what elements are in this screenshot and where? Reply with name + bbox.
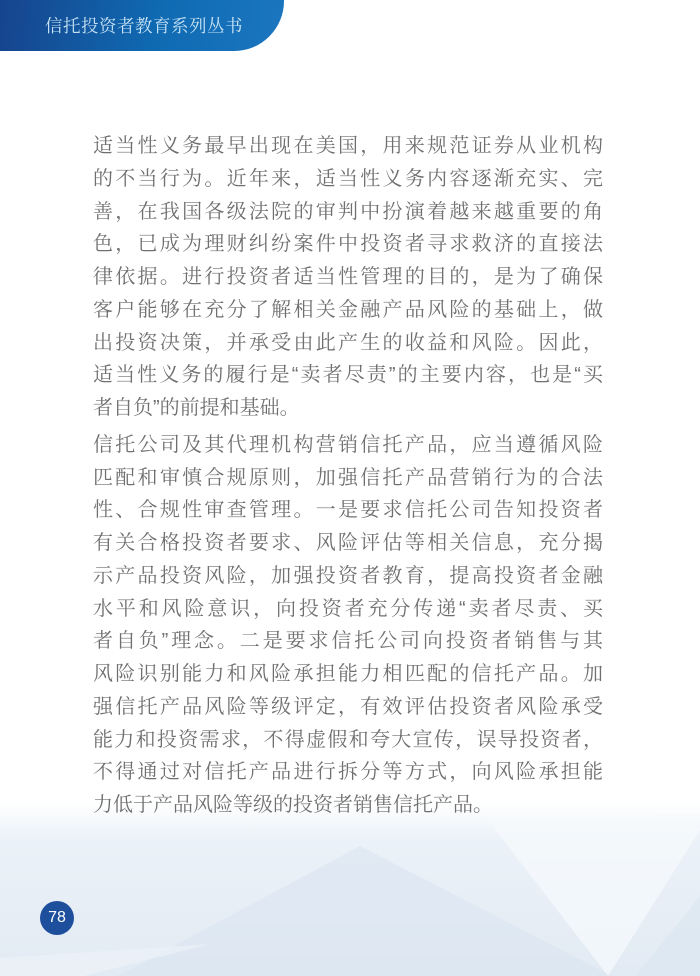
text-line: 强信托产品风险等级评定，有效评估投资者风险承受 — [93, 691, 603, 724]
text-line: 有关合格投资者要求、风险评估等相关信息，充分揭 — [93, 527, 603, 560]
text-line: 适当性义务最早出现在美国，用来规范证券从业机构 — [93, 130, 603, 163]
text-line: 客户能够在充分了解相关金融产品风险的基础上，做 — [93, 294, 603, 327]
text-line: 力低于产品风险等级的投资者销售信托产品。 — [93, 789, 603, 822]
book-page: 信托投资者教育系列丛书 适当性义务最早出现在美国，用来规范证券从业机构 的不当行… — [0, 0, 700, 976]
page-number: 78 — [48, 909, 66, 927]
text-line: 风险识别能力和风险承担能力相匹配的信托产品。加 — [93, 658, 603, 691]
body-text: 适当性义务最早出现在美国，用来规范证券从业机构 的不当行为。近年来，适当性义务内… — [93, 130, 603, 822]
text-line: 律依据。进行投资者适当性管理的目的，是为了确保 — [93, 261, 603, 294]
text-line: 善，在我国各级法院的审判中扮演着越来越重要的角 — [93, 196, 603, 229]
text-line: 色，已成为理财纠纷案件中投资者寻求救济的直接法 — [93, 228, 603, 261]
text-line: 者自负”理念。二是要求信托公司向投资者销售与其 — [93, 625, 603, 658]
text-line: 匹配和审慎合规原则，加强信托产品营销行为的合法 — [93, 462, 603, 495]
text-line: 出投资决策，并承受由此产生的收益和风险。因此， — [93, 327, 603, 360]
paragraph-trust-company-marketing: 信托公司及其代理机构营销信托产品，应当遵循风险 匹配和审慎合规原则，加强信托产品… — [93, 429, 603, 822]
text-line: 不得通过对信托产品进行拆分等方式，向风险承担能 — [93, 756, 603, 789]
text-line: 的不当行为。近年来，适当性义务内容逐渐充实、完 — [93, 163, 603, 196]
text-line: 性、合规性审查管理。一是要求信托公司告知投资者 — [93, 494, 603, 527]
text-line: 水平和风险意识，向投资者充分传递“卖者尽责、买 — [93, 593, 603, 626]
page-number-badge: 78 — [40, 901, 74, 935]
text-line: 者自负”的前提和基础。 — [93, 392, 603, 425]
text-line: 适当性义务的履行是“卖者尽责”的主要内容，也是“买 — [93, 359, 603, 392]
series-banner: 信托投资者教育系列丛书 — [0, 0, 284, 51]
series-title: 信托投资者教育系列丛书 — [0, 13, 243, 38]
text-line: 能力和投资需求，不得虚假和夸大宣传，误导投资者， — [93, 724, 603, 757]
paragraph-suitability-duty: 适当性义务最早出现在美国，用来规范证券从业机构 的不当行为。近年来，适当性义务内… — [93, 130, 603, 425]
text-line: 信托公司及其代理机构营销信托产品，应当遵循风险 — [93, 429, 603, 462]
background-decoration — [0, 800, 700, 976]
text-line: 示产品投资风险，加强投资者教育，提高投资者金融 — [93, 560, 603, 593]
